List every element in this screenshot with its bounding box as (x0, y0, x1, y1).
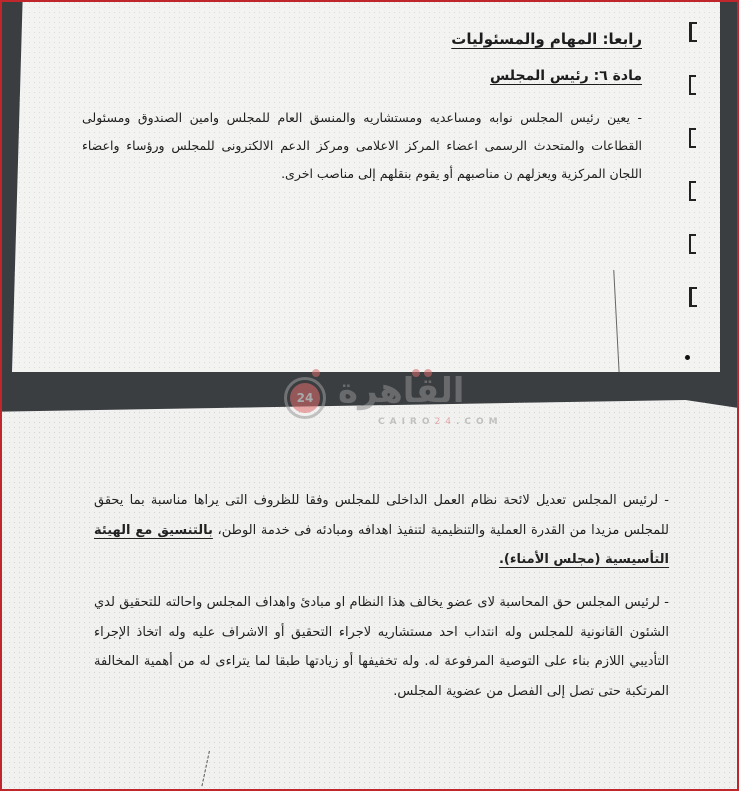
section-heading: رابعا: المهام والمسئوليات (451, 30, 642, 48)
document-page-bottom: - لرئيس المجلس تعديل لائحة نظام العمل ال… (2, 400, 737, 789)
watermark-latin-suffix: .COM (456, 417, 503, 427)
pen-stroke (613, 270, 619, 375)
cairo24-watermark: 24 القاهرة CAIRO24.COM (280, 365, 500, 435)
bracket-mark (689, 75, 696, 95)
watermark-latin-number: 24 (435, 417, 456, 427)
bracket-mark (689, 22, 697, 42)
bracket-mark (689, 181, 696, 201)
paragraph-accountability: - لرئيس المجلس حق المحاسبة لاى عضو يخالف… (94, 588, 669, 706)
bracket-mark (689, 234, 696, 254)
paragraph-regulations: - لرئيس المجلس تعديل لائحة نظام العمل ال… (94, 486, 669, 575)
paragraph-appointments: - يعين رئيس المجلس نوابه ومساعديه ومستشا… (82, 104, 642, 188)
ink-dot (685, 355, 690, 360)
watermark-dot-icon (312, 369, 320, 377)
watermark-badge: 24 (290, 383, 320, 413)
watermark-latin-text: CAIRO24.COM (378, 417, 503, 427)
watermark-arabic-text: القاهرة (338, 371, 464, 411)
bracket-mark (689, 128, 696, 148)
article-heading: مادة ٦: رئيس المجلس (490, 68, 642, 84)
bracket-mark (689, 287, 697, 307)
watermark-latin-prefix: CAIRO (378, 417, 435, 427)
binder-brackets (686, 22, 698, 340)
document-page-top: رابعا: المهام والمسئوليات مادة ٦: رئيس ا… (12, 0, 720, 372)
